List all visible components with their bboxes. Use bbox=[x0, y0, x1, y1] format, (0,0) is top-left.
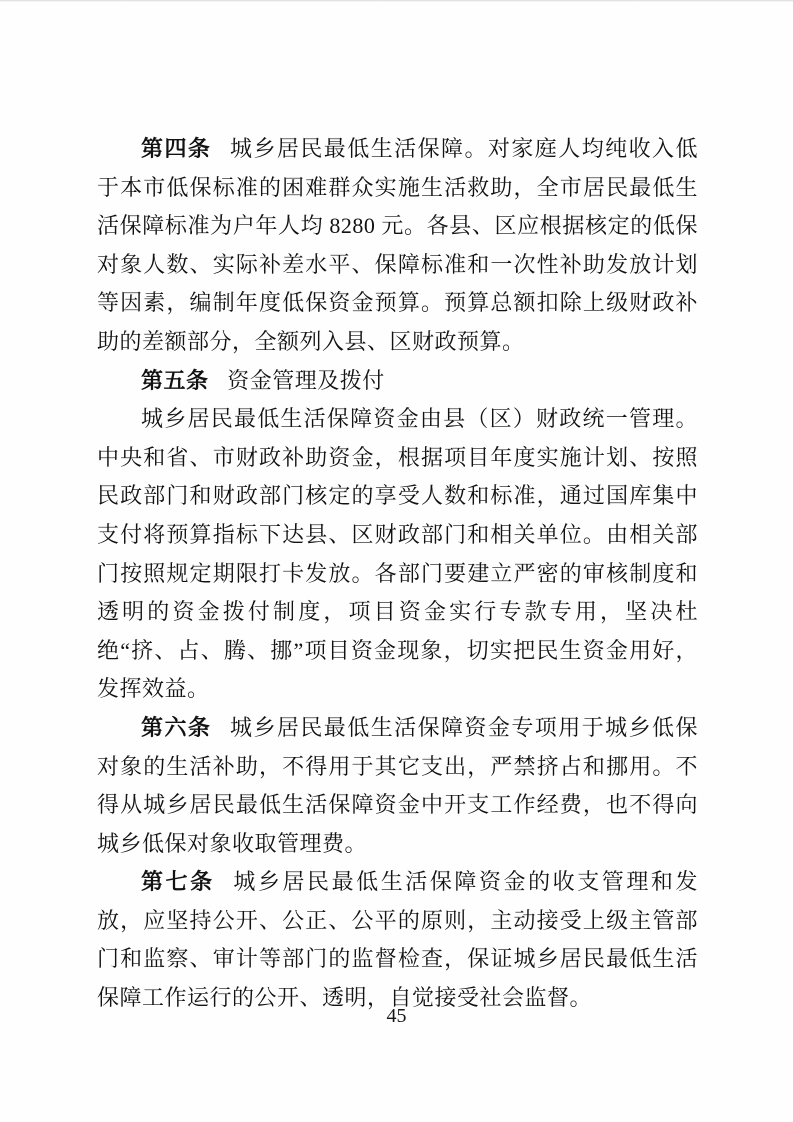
paragraph-article-6: 第六条城乡居民最低生活保障资金专项用于城乡低保对象的生活补助，不得用于其它支出，… bbox=[97, 709, 698, 863]
page-number: 45 bbox=[0, 1002, 793, 1030]
paragraph-text: 资金管理及拨付 bbox=[227, 368, 385, 393]
paragraph-article-5-title: 第五条资金管理及拨付 bbox=[97, 362, 698, 401]
article-heading: 第六条 bbox=[141, 715, 211, 740]
scan-edge bbox=[0, 0, 793, 2]
article-heading: 第五条 bbox=[141, 368, 209, 393]
paragraph-article-4: 第四条城乡居民最低生活保障。对家庭人均纯收入低于本市低保标准的困难群众实施生活救… bbox=[97, 130, 698, 362]
paragraph-text: 城乡居民最低生活保障资金由县（区）财政统一管理。中央和省、市财政补助资金，根据项… bbox=[97, 406, 698, 701]
paragraph-article-7: 第七条城乡居民最低生活保障资金的收支管理和发放，应坚持公开、公正、公平的原则，主… bbox=[97, 863, 698, 1017]
paragraph-article-5-body: 城乡居民最低生活保障资金由县（区）财政统一管理。中央和省、市财政补助资金，根据项… bbox=[97, 400, 698, 709]
article-heading: 第七条 bbox=[141, 869, 215, 894]
article-heading: 第四条 bbox=[141, 136, 211, 161]
document-page: 第四条城乡居民最低生活保障。对家庭人均纯收入低于本市低保标准的困难群众实施生活救… bbox=[97, 130, 698, 1018]
paragraph-text: 城乡居民最低生活保障。对家庭人均纯收入低于本市低保标准的困难群众实施生活救助，全… bbox=[97, 136, 698, 354]
